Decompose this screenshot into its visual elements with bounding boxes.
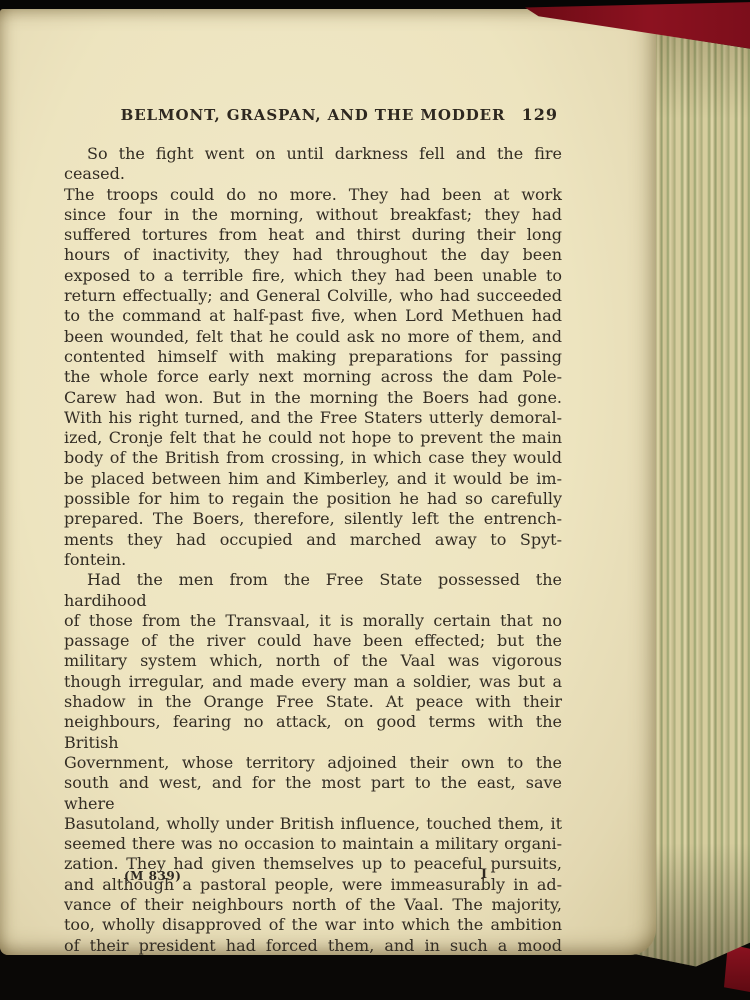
text-line: of those from the Transvaal, it is moral… [64,611,562,631]
text-line: too, wholly disapproved of the war into … [64,915,562,935]
text-line: vance of their neighbours north of the V… [64,895,562,915]
text-line: of their president had forced them, and … [64,936,562,956]
page-number: 129 [522,105,558,124]
text-line: possible for him to regain the position … [64,489,562,509]
book-page: BELMONT, GRASPAN, AND THE MODDER 129 So … [0,9,656,955]
text-line: return effectually; and General Colville… [64,286,562,306]
text-line: So the fight went on until darkness fell… [64,144,562,185]
text-line: been wounded, felt that he could ask no … [64,327,562,347]
text-line: passage of the river could have been eff… [64,631,562,651]
text-line: suffered tortures from heat and thirst d… [64,225,562,245]
text-line: military system which, north of the Vaal… [64,651,562,671]
text-line: ments they had occupied and marched away… [64,530,562,550]
text-line: though irregular, and made every man a s… [64,672,562,692]
text-line: Basutoland, wholly under British influen… [64,814,562,834]
text-line: Had the men from the Free State possesse… [64,570,562,611]
text-line: be placed between him and Kimberley, and… [64,469,562,489]
text-line: seemed there was no occasion to maintain… [64,834,562,854]
text-line: Carew had won. But in the morning the Bo… [64,388,562,408]
text-line: prepared. The Boers, therefore, silently… [64,509,562,529]
text-line: The troops could do no more. They had be… [64,185,562,205]
book-photo-scene: BELMONT, GRASPAN, AND THE MODDER 129 So … [0,0,750,1000]
page-footer: (M 839) I [64,867,562,885]
text-line: contented himself with making preparatio… [64,347,562,367]
text-line: ized, Cronje felt that he could not hope… [64,428,562,448]
text-line: the whole force early next morning acros… [64,367,562,387]
text-line: fontein. [64,550,562,570]
text-line: body of the British from crossing, in wh… [64,448,562,468]
text-line: shadow in the Orange Free State. At peac… [64,692,562,712]
text-line: neighbours, fearing no attack, on good t… [64,712,562,753]
chapter-title: BELMONT, GRASPAN, AND THE MODDER [64,106,562,124]
running-head: BELMONT, GRASPAN, AND THE MODDER 129 [64,106,562,126]
text-line: since four in the morning, without break… [64,205,562,225]
text-line: With his right turned, and the Free Stat… [64,408,562,428]
text-line: to the command at half-past five, when L… [64,306,562,326]
printer-mark: (M 839) [124,869,181,883]
signature-mark: I [481,867,487,882]
text-line: hours of inactivity, they had throughout… [64,245,562,265]
text-line: exposed to a terrible fire, which they h… [64,266,562,286]
text-line: Government, whose territory adjoined the… [64,753,562,773]
text-line: south and west, and for the most part to… [64,773,562,814]
body-text: So the fight went on until darkness fell… [64,144,562,956]
